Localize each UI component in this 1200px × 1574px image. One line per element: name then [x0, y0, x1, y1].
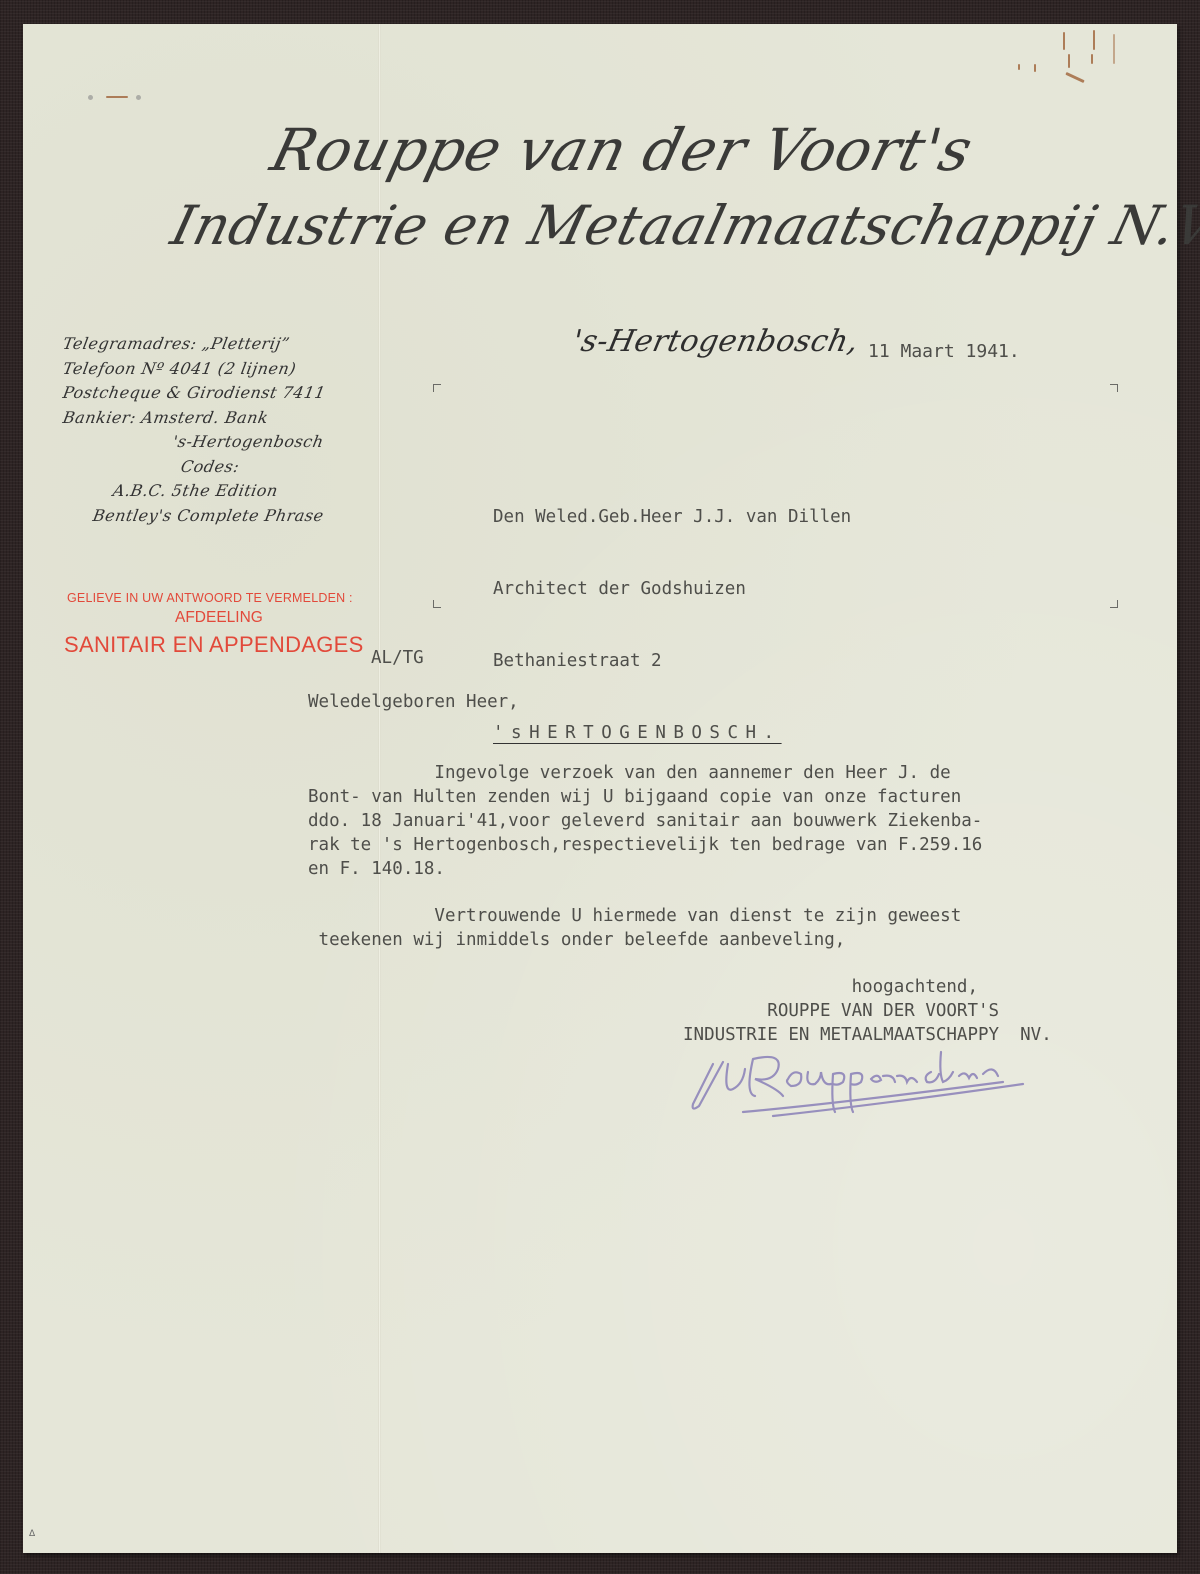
- body-paragraph-2: Vertrouwende U hiermede van dienst te zi…: [308, 904, 961, 952]
- letter-sheet: Rouppe van der Voort's Industrie en Meta…: [23, 24, 1177, 1553]
- codes-label: Codes:: [61, 455, 385, 480]
- firm-name-line2: Industrie en Metaalmaatschappij N.V.: [165, 194, 1200, 257]
- firm-name-line1: Rouppe van der Voort's: [265, 116, 980, 184]
- banker: Bankier: Amsterd. Bank: [61, 406, 385, 431]
- window-corner-mark-icon: [433, 384, 441, 392]
- recipient-street: Bethaniestraat 2: [493, 649, 851, 673]
- salutation: Weledelgeboren Heer,: [308, 690, 519, 714]
- code-bentley: Bentley's Complete Phrase: [61, 504, 385, 529]
- department-label: AFDEELING: [175, 609, 263, 627]
- letter-date: 11 Maart 1941.: [868, 340, 1020, 364]
- recipient-address: Den Weled.Geb.Heer J.J. van Dillen Archi…: [493, 457, 851, 793]
- reply-notice: GELIEVE IN UW ANTWOORD TE VERMELDEN :: [67, 591, 353, 605]
- recipient-title: Architect der Godshuizen: [493, 577, 851, 601]
- code-abc: A.B.C. 5the Edition: [61, 479, 385, 504]
- recipient-city: 'sHERTOGENBOSCH.: [493, 721, 851, 745]
- telegram-address: Telegramadres: „Pletterij”: [61, 332, 385, 357]
- body-paragraph-1: Ingevolge verzoek van den aannemer den H…: [308, 761, 982, 881]
- telephone-number: Telefoon Nº 4041 (2 lijnen): [61, 357, 385, 382]
- postcheque-number: Postcheque & Girodienst 7411: [61, 381, 385, 406]
- signature-icon: [683, 1034, 1043, 1124]
- triangle-mark-icon: Δ: [29, 1529, 35, 1539]
- reference-code: AL/TG: [371, 646, 424, 670]
- department-name: SANITAIR EN APPENDAGES: [64, 632, 364, 658]
- place-of-writing: 's-Hertogenbosch,: [569, 324, 862, 359]
- staple-mark-icon: [88, 92, 148, 102]
- recipient-name: Den Weled.Geb.Heer J.J. van Dillen: [493, 505, 851, 529]
- rust-stains: [1033, 24, 1173, 114]
- window-corner-mark-icon: [1110, 384, 1118, 392]
- signature: [683, 1034, 1043, 1124]
- contact-info-block: Telegramadres: „Pletterij” Telefoon Nº 4…: [63, 332, 383, 528]
- window-corner-mark-icon: [433, 600, 441, 608]
- bank-city: 's-Hertogenbosch: [61, 430, 385, 455]
- window-corner-mark-icon: [1110, 600, 1118, 608]
